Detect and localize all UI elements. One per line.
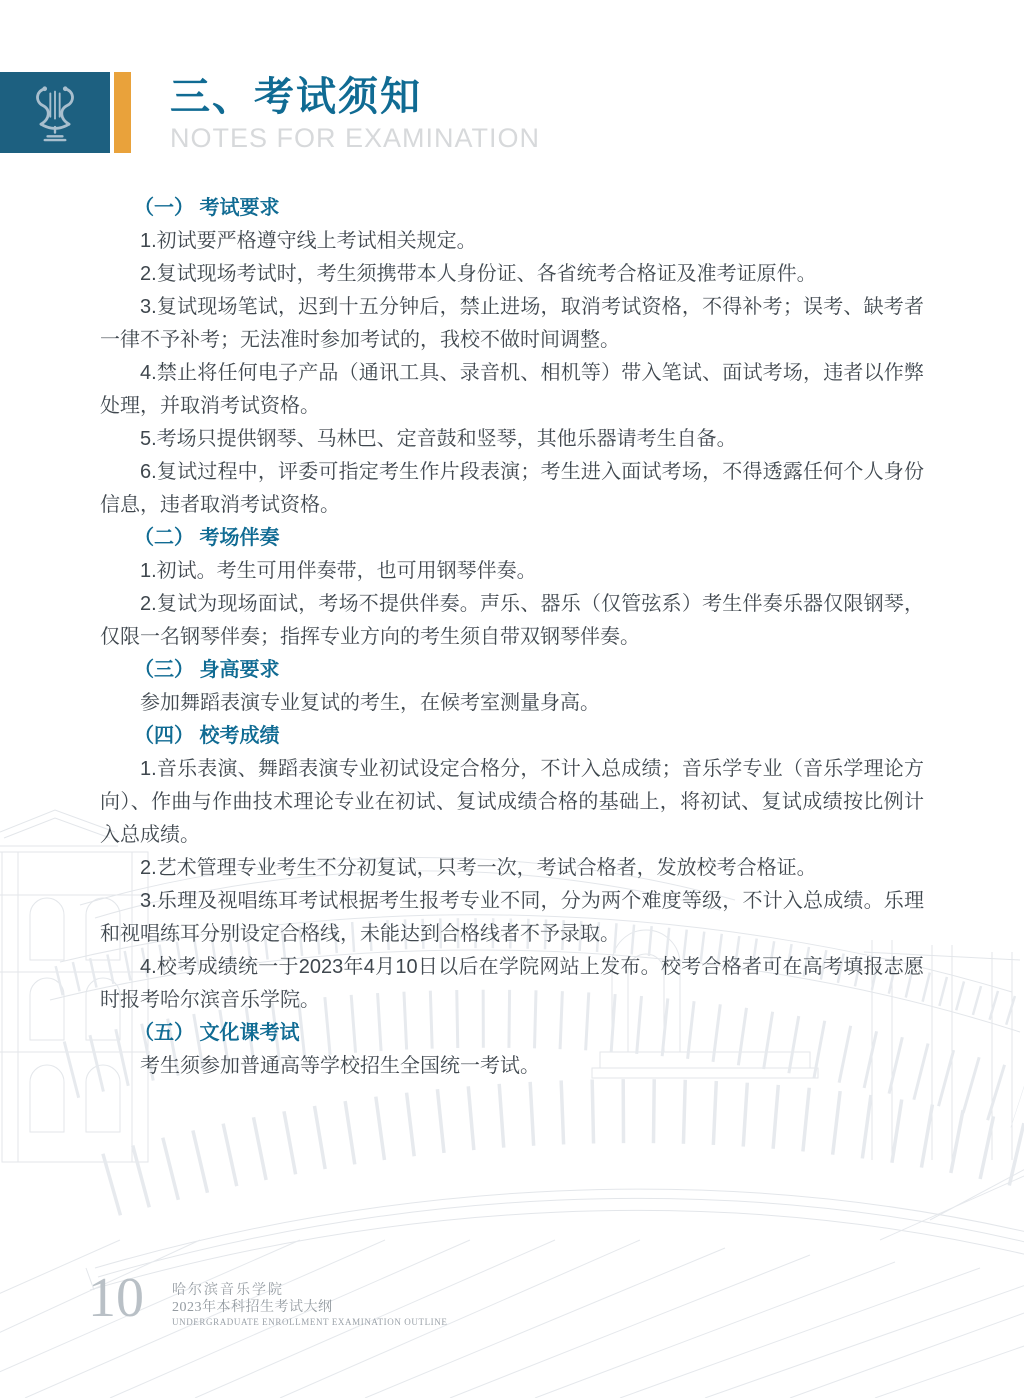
footer: 哈尔滨音乐学院 2023年本科招生考试大纲 UNDERGRADUATE ENRO… [172, 1282, 447, 1328]
header: 三、考试须知 NOTES FOR EXAMINATION [170, 74, 540, 154]
paragraph: 3.乐理及视唱练耳考试根据考生报考专业不同，分为两个难度等级，不计入总成绩。乐理… [100, 885, 924, 951]
paragraph: 4.校考成绩统一于2023年4月10日以后在学院网站上发布。校考合格者可在高考填… [100, 951, 924, 1017]
paragraph: 1.初试。考生可用伴奏带，也可用钢琴伴奏。 [100, 555, 924, 588]
section-cultural-exam: （五） 文化课考试 考生须参加普通高等学校招生全国统一考试。 [100, 1017, 924, 1083]
lyre-icon [27, 81, 83, 145]
paragraph: 4.禁止将任何电子产品（通讯工具、录音机、相机等）带入笔试、面试考场，违者以作弊… [100, 357, 924, 423]
school-logo [0, 72, 110, 153]
footer-doc-subtitle: UNDERGRADUATE ENROLLMENT EXAMINATION OUT… [172, 1316, 447, 1328]
section-heading: （四） 校考成绩 [100, 720, 924, 753]
paragraph: 考生须参加普通高等学校招生全国统一考试。 [100, 1050, 924, 1083]
footer-school-name: 哈尔滨音乐学院 [172, 1282, 447, 1299]
paragraph: 3.复试现场笔试，迟到十五分钟后，禁止进场，取消考试资格，不得补考；误考、缺考者… [100, 291, 924, 357]
section-height-requirement: （三） 身高要求 参加舞蹈表演专业复试的考生，在候考室测量身高。 [100, 654, 924, 720]
footer-doc-title: 2023年本科招生考试大纲 [172, 1299, 447, 1316]
paragraph: 1.初试要严格遵守线上考试相关规定。 [100, 225, 924, 258]
page-title: 三、考试须知 [170, 74, 540, 120]
paragraph: 6.复试过程中，评委可指定考生作片段表演；考生进入面试考场，不得透露任何个人身份… [100, 456, 924, 522]
section-school-exam-scores: （四） 校考成绩 1.音乐表演、舞蹈表演专业初试设定合格分，不计入总成绩；音乐学… [100, 720, 924, 1017]
document-page: 三、考试须知 NOTES FOR EXAMINATION （一） 考试要求 1.… [0, 0, 1024, 1398]
section-heading: （三） 身高要求 [100, 654, 924, 687]
paragraph: 2.复试为现场面试，考场不提供伴奏。声乐、器乐（仅管弦系）考生伴奏乐器仅限钢琴，… [100, 588, 924, 654]
footer-page-number: 10 [88, 1268, 144, 1328]
section-exam-requirements: （一） 考试要求 1.初试要严格遵守线上考试相关规定。 2.复试现场考试时，考生… [100, 192, 924, 522]
section-heading: （一） 考试要求 [100, 192, 924, 225]
paragraph: 参加舞蹈表演专业复试的考生，在候考室测量身高。 [100, 687, 924, 720]
paragraph: 1.音乐表演、舞蹈表演专业初试设定合格分，不计入总成绩；音乐学专业（音乐学理论方… [100, 753, 924, 852]
paragraph: 2.艺术管理专业考生不分初复试，只考一次，考试合格者，发放校考合格证。 [100, 852, 924, 885]
section-accompaniment: （二） 考场伴奏 1.初试。考生可用伴奏带，也可用钢琴伴奏。 2.复试为现场面试… [100, 522, 924, 654]
section-heading: （二） 考场伴奏 [100, 522, 924, 555]
section-heading: （五） 文化课考试 [100, 1017, 924, 1050]
main-content: （一） 考试要求 1.初试要严格遵守线上考试相关规定。 2.复试现场考试时，考生… [100, 192, 924, 1083]
paragraph: 2.复试现场考试时，考生须携带本人身份证、各省统考合格证及准考证原件。 [100, 258, 924, 291]
accent-bar [114, 72, 131, 153]
page-subtitle: NOTES FOR EXAMINATION [170, 122, 540, 154]
paragraph: 5.考场只提供钢琴、马林巴、定音鼓和竖琴，其他乐器请考生自备。 [100, 423, 924, 456]
